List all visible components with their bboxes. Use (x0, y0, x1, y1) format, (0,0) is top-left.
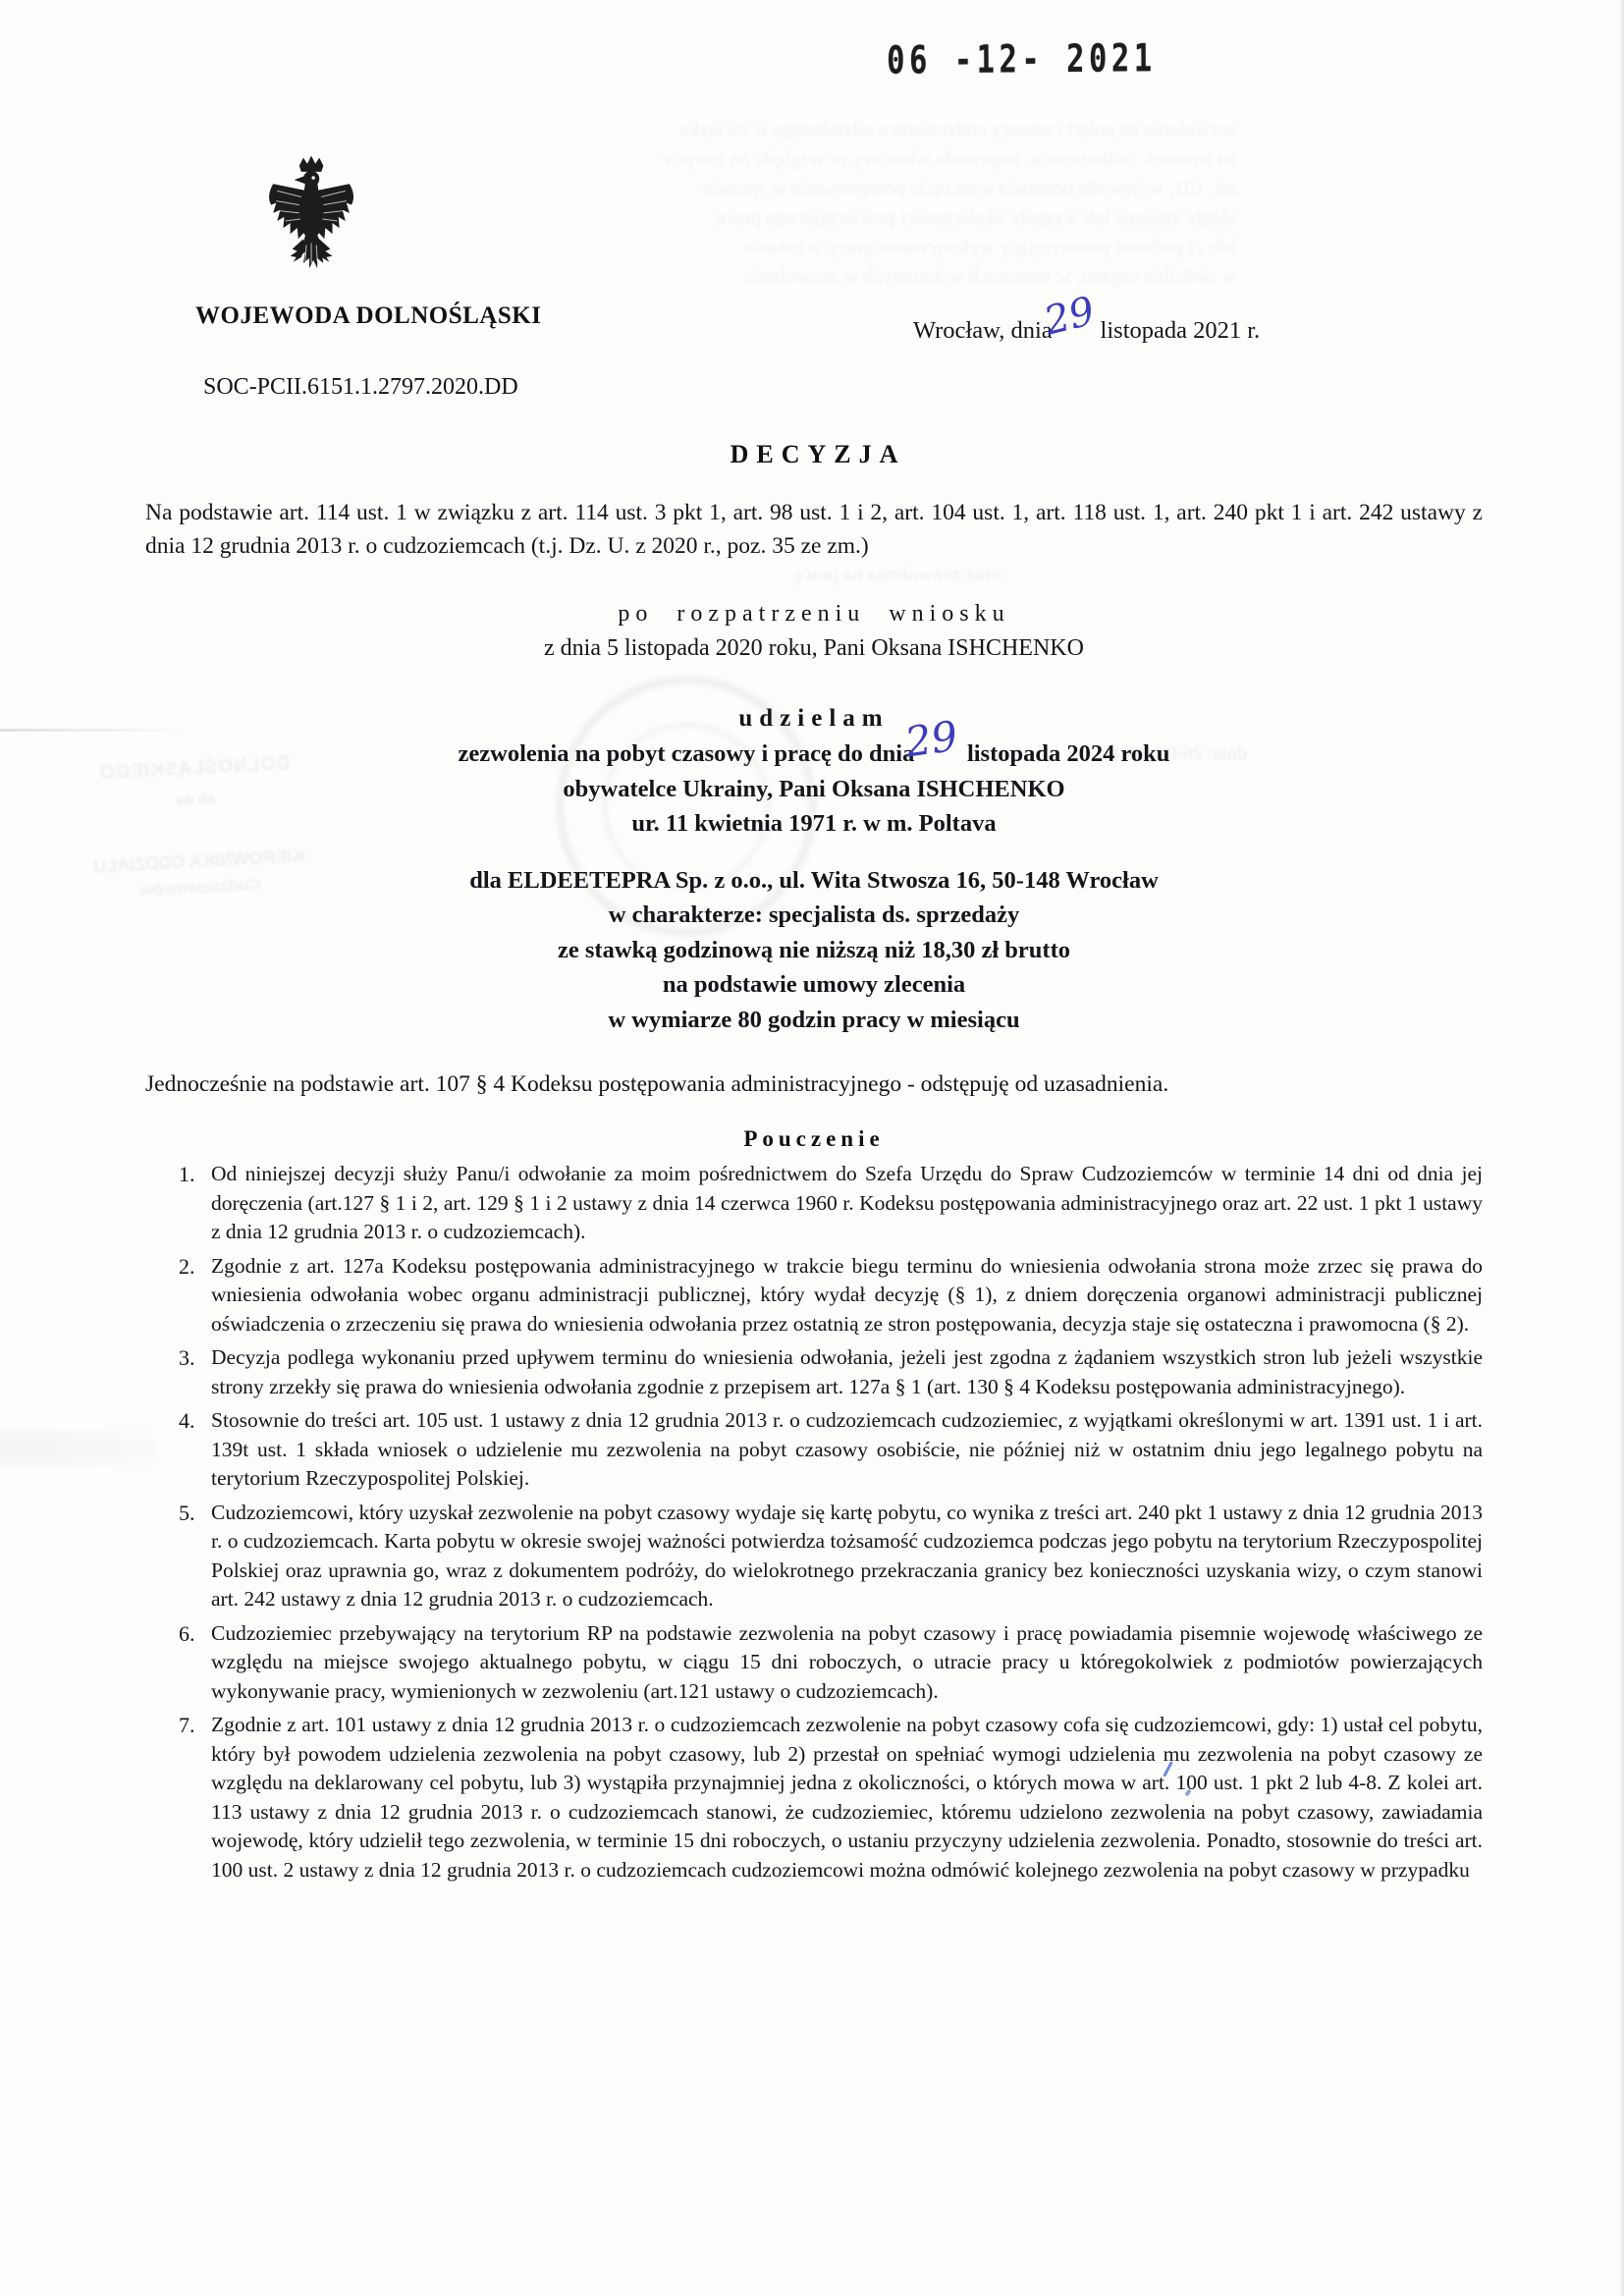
instruction-text: Zgodnie z art. 101 ustawy z dnia 12 grud… (211, 1713, 1483, 1882)
justification-waiver: Jednocześnie na podstawie art. 107 § 4 K… (145, 1068, 1483, 1101)
instruction-text: Cudzoziemiec przebywający na terytorium … (211, 1621, 1483, 1703)
employer-line: dla ELDEETEPRA Sp. z o.o., ul. Wita Stwo… (145, 863, 1483, 899)
scan-smudge (0, 1429, 157, 1468)
bleedthrough-text-block: zezwolenia na pobyt czasowy cudzoziemca … (314, 114, 1237, 291)
instruction-item: 3. Decyzja podlega wykonaniu przed upływ… (145, 1343, 1483, 1401)
instruction-text: Cudzoziemcowi, który uzyskał zezwolenie … (211, 1501, 1483, 1612)
polish-eagle-icon (263, 153, 353, 287)
instruction-number: 2. (179, 1252, 195, 1282)
instruction-item: 4. Stosownie do treści art. 105 ust. 1 u… (145, 1406, 1483, 1494)
place-date-suffix: listopada 2021 r. (1101, 317, 1261, 344)
decision-title: DECYZJA (153, 440, 1483, 469)
instruction-item: 1. Od niniejszej decyzji służy Panu/i od… (145, 1160, 1483, 1247)
permit-line-prefix: zezwolenia na pobyt czasowy i pracę do d… (459, 740, 915, 767)
instruction-text: Stosownie do treści art. 105 ust. 1 usta… (211, 1408, 1483, 1490)
received-date-stamp: 06 -12- 2021 (887, 35, 1157, 82)
instruction-number: 3. (179, 1343, 195, 1373)
instruction-item: 2. Zgodnie z art. 127a Kodeksu postępowa… (145, 1252, 1483, 1339)
instruction-number: 7. (179, 1711, 195, 1740)
applicant-line: z dnia 5 listopada 2020 roku, Pani Oksan… (145, 631, 1483, 666)
instructions-list: 1. Od niniejszej decyzji służy Panu/i od… (145, 1160, 1483, 1885)
permit-validity-line: zezwolenia na pobyt czasowy i pracę do d… (145, 737, 1483, 772)
permit-line-suffix: listopada 2024 roku (967, 740, 1170, 767)
handwritten-day-number: 29 (1040, 289, 1100, 345)
instruction-number: 6. (179, 1619, 195, 1649)
instruction-item: 6. Cudzoziemiec przebywający na terytori… (145, 1619, 1483, 1707)
contract-type-line: na podstawie umowy zlecenia (145, 967, 1483, 1003)
instruction-number: 1. (179, 1160, 195, 1189)
instruction-number: 5. (179, 1499, 195, 1528)
birth-date-line: ur. 11 kwietnia 1971 r. w m. Poltava (145, 806, 1483, 842)
instruction-text: Od niniejszej decyzji służy Panu/i odwoł… (211, 1162, 1483, 1243)
instruction-text: Zgodnie z art. 127a Kodeksu postępowania… (211, 1254, 1483, 1336)
wage-line: ze stawką godzinową nie niższą niż 18,30… (145, 933, 1483, 968)
document-body: DECYZJA Na podstawie art. 114 ust. 1 w z… (145, 440, 1483, 1889)
instruction-item: 7. Zgodnie z art. 101 ustawy z dnia 12 g… (145, 1711, 1483, 1885)
beneficiary-line: obywatelce Ukrainy, Pani Oksana ISHCHENK… (145, 772, 1483, 807)
instruction-item: 5. Cudzoziemcowi, który uzyskał zezwolen… (145, 1499, 1483, 1614)
case-number: SOC-PCII.6151.1.2797.2020.DD (203, 374, 518, 401)
scanned-decision-page: zezwolenia na pobyt czasowy cudzoziemca … (0, 0, 1624, 2296)
consideration-line: po rozpatrzeniu wniosku (145, 597, 1483, 631)
instruction-text: Decyzja podlega wykonaniu przed upływem … (211, 1345, 1483, 1398)
handwritten-day-number: 29 (906, 736, 958, 742)
scan-edge-shadow (1619, 0, 1624, 2296)
legal-basis-paragraph: Na podstawie art. 114 ust. 1 w związku z… (145, 496, 1483, 563)
working-hours-line: w wymiarze 80 godzin pracy w miesiącu (145, 1003, 1483, 1038)
position-line: w charakterze: specjalista ds. sprzedaży (145, 898, 1483, 933)
instruction-number: 4. (179, 1406, 195, 1436)
place-date-prefix: Wrocław, dnia (913, 317, 1053, 344)
spacer (145, 842, 1483, 863)
authority-name: WOJEWODA DOLNOŚLĄSKI (195, 302, 541, 330)
grant-heading: udzielam (145, 701, 1483, 737)
instructions-title: Pouczenie (145, 1126, 1483, 1152)
place-date-line: Wrocław, dnia29listopada 2021 r. (913, 302, 1260, 348)
